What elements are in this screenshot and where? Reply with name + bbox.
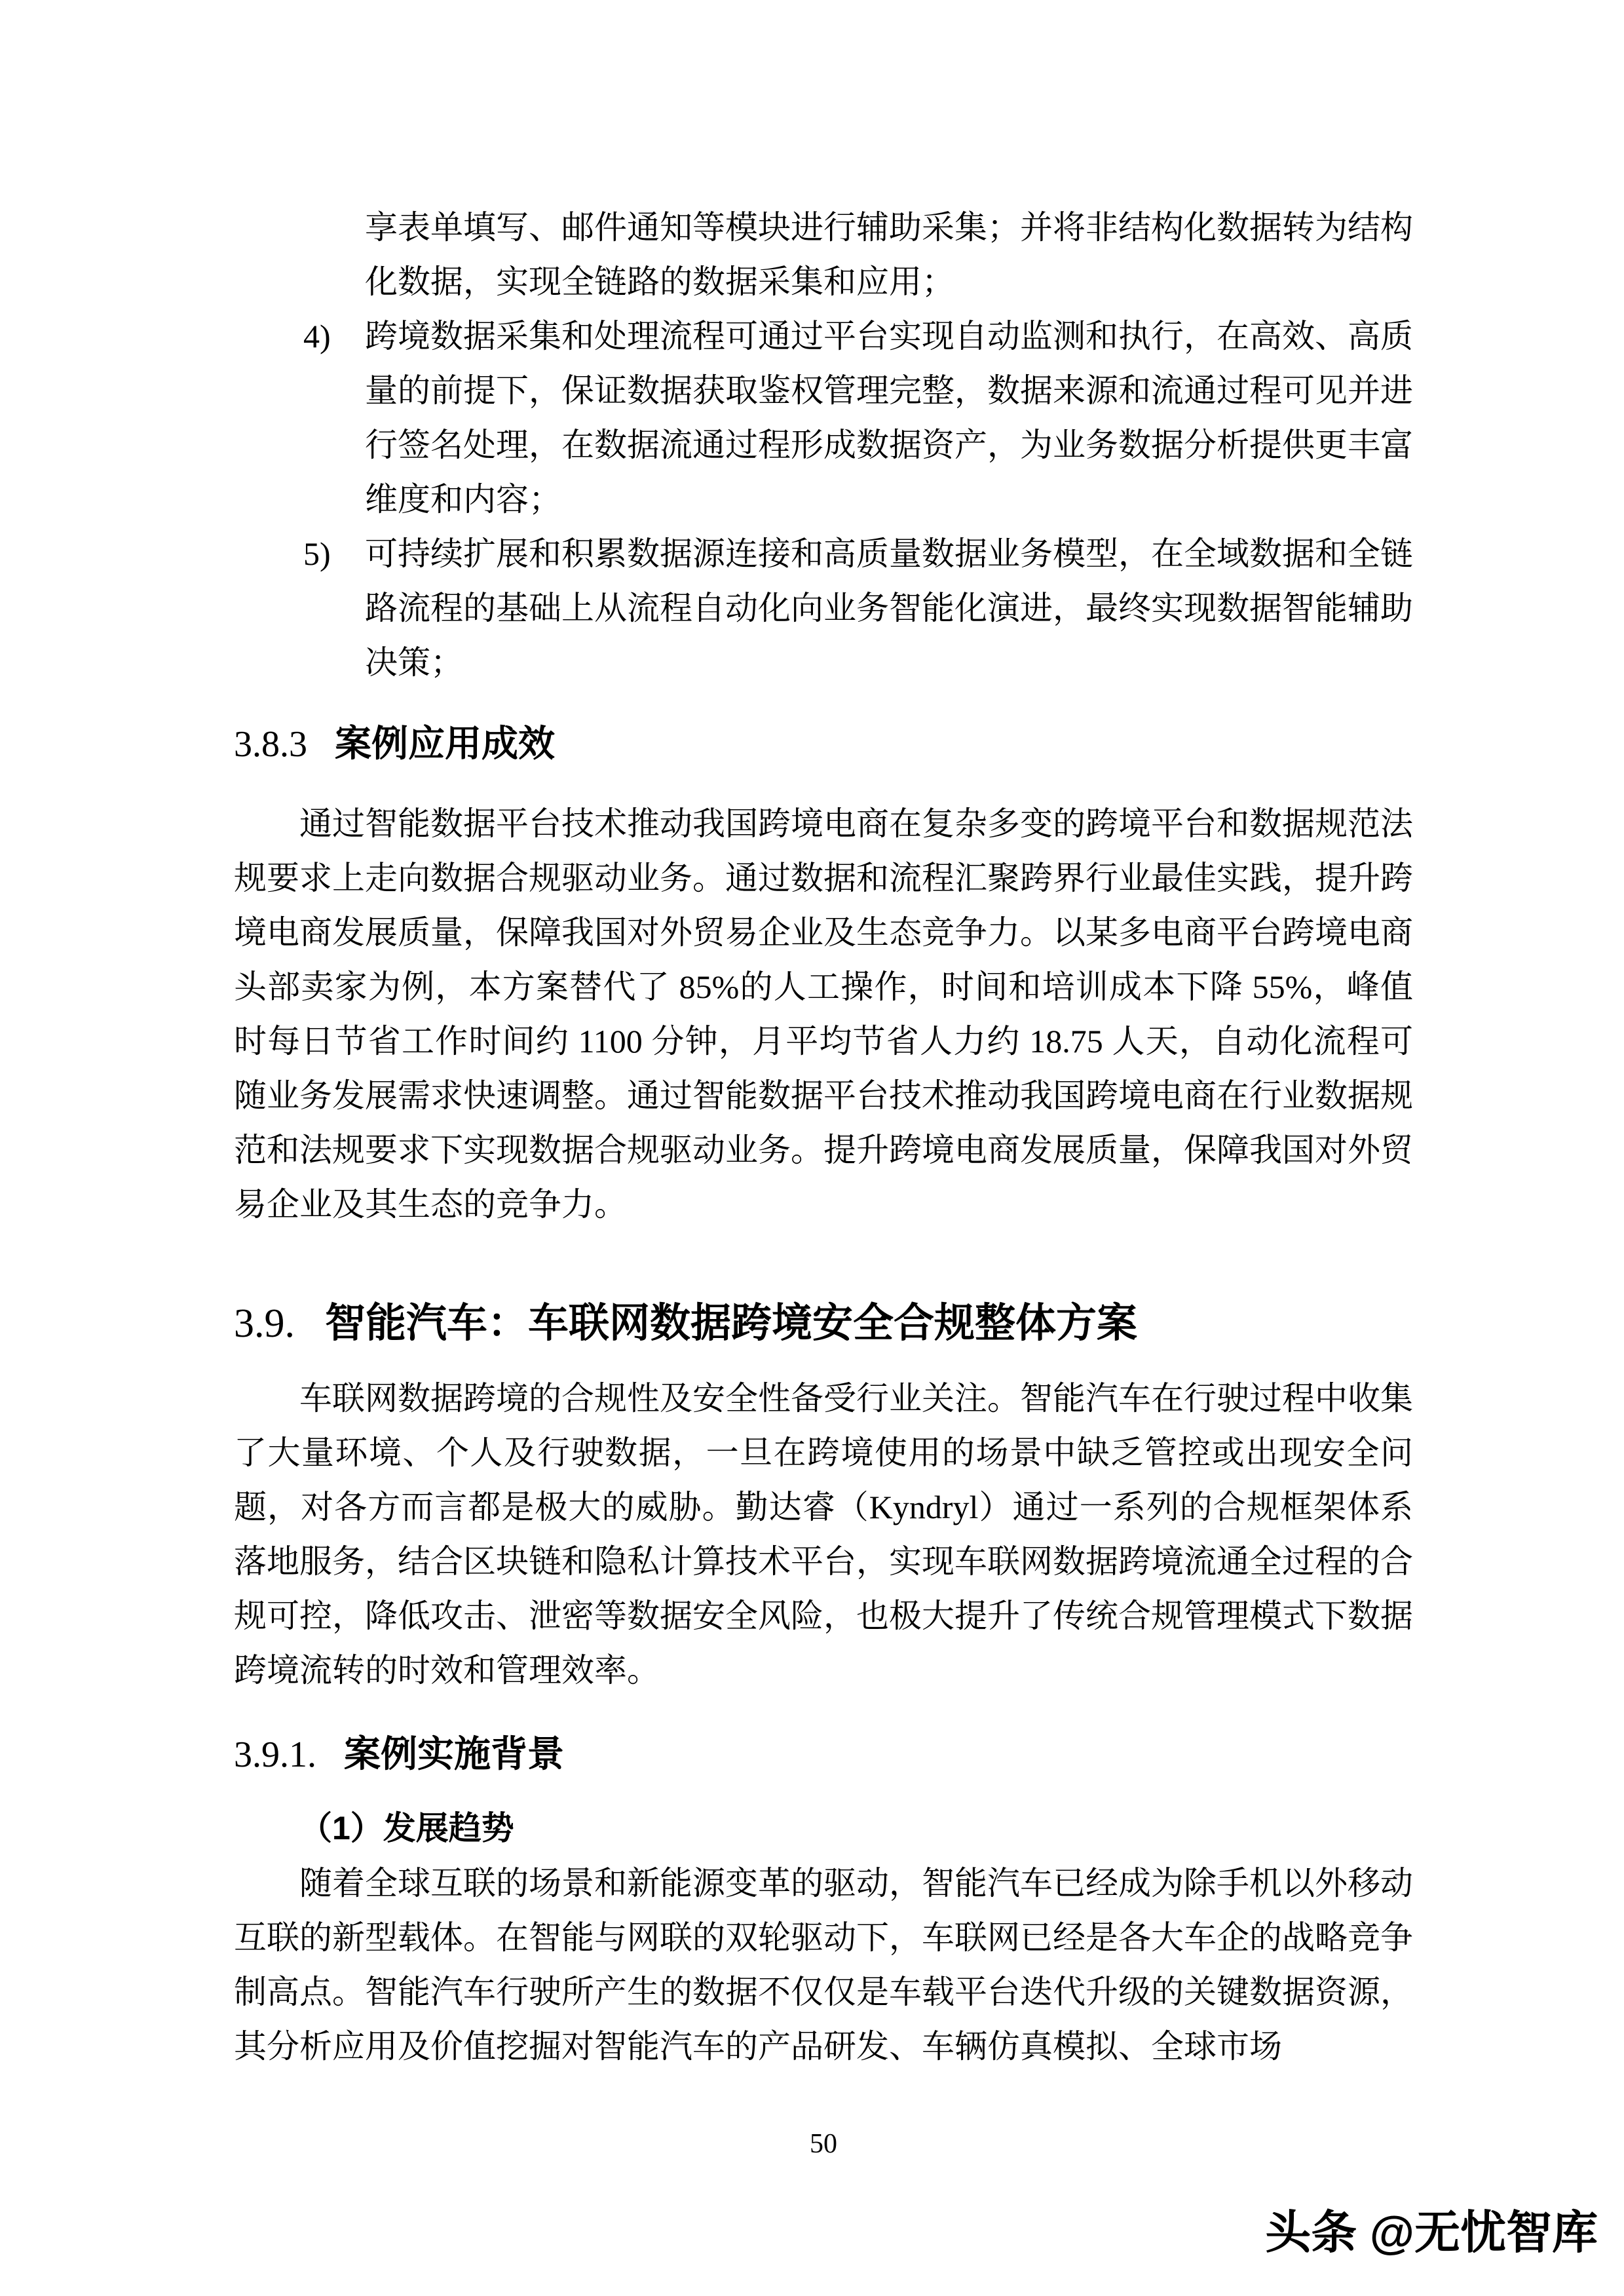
page-number: 50 — [234, 2128, 1413, 2160]
heading-3-9-title: 智能汽车：车联网数据跨境安全合规整体方案 — [325, 1301, 1137, 1346]
heading-3-9-number: 3.9. — [234, 1301, 295, 1346]
document-page: 享表单填写、邮件通知等模块进行辅助采集；并将非结构化数据转为结构化数据，实现全链… — [0, 0, 1624, 2296]
heading-3-9-1: 3.9.1.案例实施背景 — [234, 1724, 1413, 1785]
list-item-3-continuation: 享表单填写、邮件通知等模块进行辅助采集；并将非结构化数据转为结构化数据，实现全链… — [234, 201, 1413, 309]
heading-3-8-3-title: 案例应用成效 — [335, 723, 555, 764]
list-item-4: 4) 跨境数据采集和处理流程可通过平台实现自动监测和执行，在高效、高质量的前提下… — [234, 309, 1413, 527]
paragraph-3-9: 车联网数据跨境的合规性及安全性备受行业关注。智能汽车在行驶过程中收集了大量环境、… — [234, 1371, 1413, 1698]
heading-3-9-1-title: 案例实施背景 — [344, 1733, 564, 1774]
heading-3-8-3: 3.8.3案例应用成效 — [234, 714, 1413, 775]
list-item-5: 5) 可持续扩展和积累数据源连接和高质量数据业务模型，在全域数据和全链路流程的基… — [234, 527, 1413, 690]
list-item-5-marker: 5) — [303, 527, 331, 581]
list-item-4-marker: 4) — [303, 309, 331, 364]
paragraph-3-8-3: 通过智能数据平台技术推动我国跨境电商在复杂多变的跨境平台和数据规范法规要求上走向… — [234, 797, 1413, 1232]
heading-3-9-1-number: 3.9.1. — [234, 1734, 316, 1775]
heading-3-8-3-number: 3.8.3 — [234, 724, 307, 765]
paragraph-development-trend: 随着全球互联的场景和新能源变革的驱动，智能汽车已经成为除手机以外移动互联的新型载… — [234, 1856, 1413, 2074]
heading-development-trend: （1）发展趋势 — [299, 1800, 1413, 1856]
watermark-toutiao: 头条 @无忧智库 — [1265, 2207, 1598, 2258]
page-content: 享表单填写、邮件通知等模块进行辅助采集；并将非结构化数据转为结构化数据，实现全链… — [234, 201, 1413, 2160]
heading-3-9: 3.9.智能汽车：车联网数据跨境安全合规整体方案 — [234, 1288, 1413, 1359]
list-item-4-text: 跨境数据采集和处理流程可通过平台实现自动监测和执行，在高效、高质量的前提下，保证… — [365, 309, 1413, 527]
list-item-5-text: 可持续扩展和积累数据源连接和高质量数据业务模型，在全域数据和全链路流程的基础上从… — [365, 527, 1413, 690]
